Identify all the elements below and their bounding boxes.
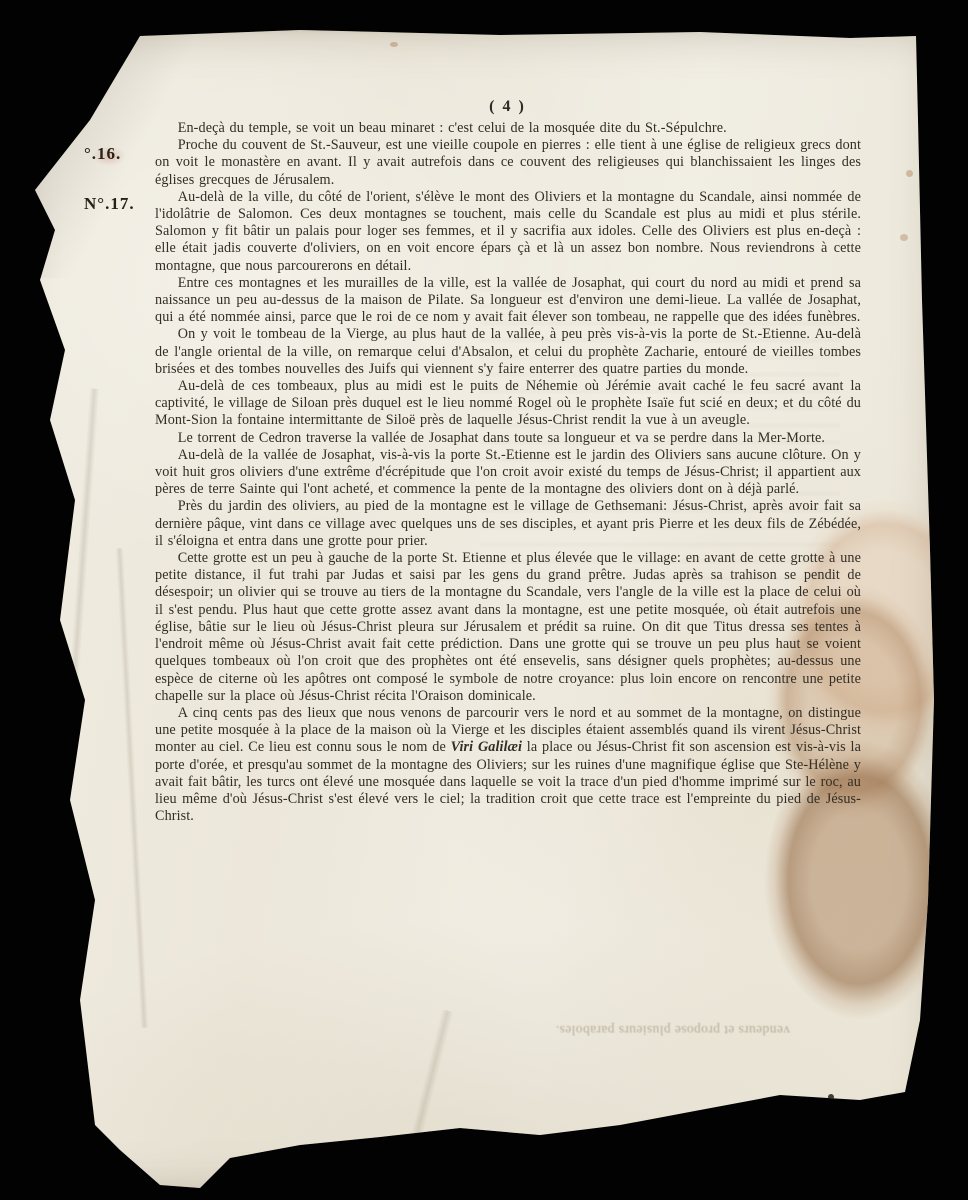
paragraph-3: Au-delà de la ville, du côté de l'orient… xyxy=(155,189,861,275)
rust-speck xyxy=(900,234,908,241)
rust-speck xyxy=(58,996,68,1004)
paragraph-7: Le torrent de Cedron traverse la vallée … xyxy=(155,430,861,447)
paragraph-11: A cinq cents pas des lieux que nous veno… xyxy=(155,705,861,825)
text-segment: Cette grotte est un peu à gauche de la p… xyxy=(155,550,861,704)
rust-speck xyxy=(906,170,913,177)
paragraph-4: Entre ces montagnes et les murailles de … xyxy=(155,275,861,327)
text-segment: Proche du couvent de St.-Sauveur, est un… xyxy=(155,137,861,187)
text-segment: Entre ces montagnes et les murailles de … xyxy=(155,275,861,325)
text-segment: Au-delà de la vallée de Josaphat, vis-à-… xyxy=(155,447,861,497)
text-segment: En-deçà du temple, se voit un beau minar… xyxy=(178,120,727,136)
body-text: En-deçà du temple, se voit un beau minar… xyxy=(155,120,861,825)
paragraph-1: En-deçà du temple, se voit un beau minar… xyxy=(155,120,861,137)
paragraph-2: Proche du couvent de St.-Sauveur, est un… xyxy=(155,137,861,189)
page-number: ( 4 ) xyxy=(155,98,860,116)
rust-speck xyxy=(846,30,860,37)
ink-dot xyxy=(828,1094,834,1100)
text-segment: Le torrent de Cedron traverse la vallée … xyxy=(178,430,825,446)
text-segment: On y voit le tombeau de la Vierge, au pl… xyxy=(155,326,861,376)
paragraph-5: On y voit le tombeau de la Vierge, au pl… xyxy=(155,326,861,378)
photo-background: vendeurs et propose plusieurs paraboles.… xyxy=(0,0,968,1200)
text-segment: Au-delà de la ville, du côté de l'orient… xyxy=(155,189,861,274)
rust-speck xyxy=(390,42,398,47)
paper-sheet: vendeurs et propose plusieurs paraboles.… xyxy=(10,28,940,1193)
margin-note-17: N°.17. xyxy=(84,194,135,214)
ghost-showthrough-text: vendeurs et propose plusieurs paraboles. xyxy=(310,1022,790,1038)
paragraph-8: Au-delà de la vallée de Josaphat, vis-à-… xyxy=(155,447,861,499)
italic-phrase: Viri Galilæi xyxy=(451,739,522,755)
paragraph-6: Au-delà de ces tombeaux, plus au midi es… xyxy=(155,378,861,430)
margin-note-16: °.16. xyxy=(84,144,121,164)
text-segment: Au-delà de ces tombeaux, plus au midi es… xyxy=(155,378,861,428)
paragraph-9: Près du jardin des oliviers, au pied de … xyxy=(155,498,861,550)
paragraph-10: Cette grotte est un peu à gauche de la p… xyxy=(155,550,861,705)
text-segment: Près du jardin des oliviers, au pied de … xyxy=(155,498,861,548)
